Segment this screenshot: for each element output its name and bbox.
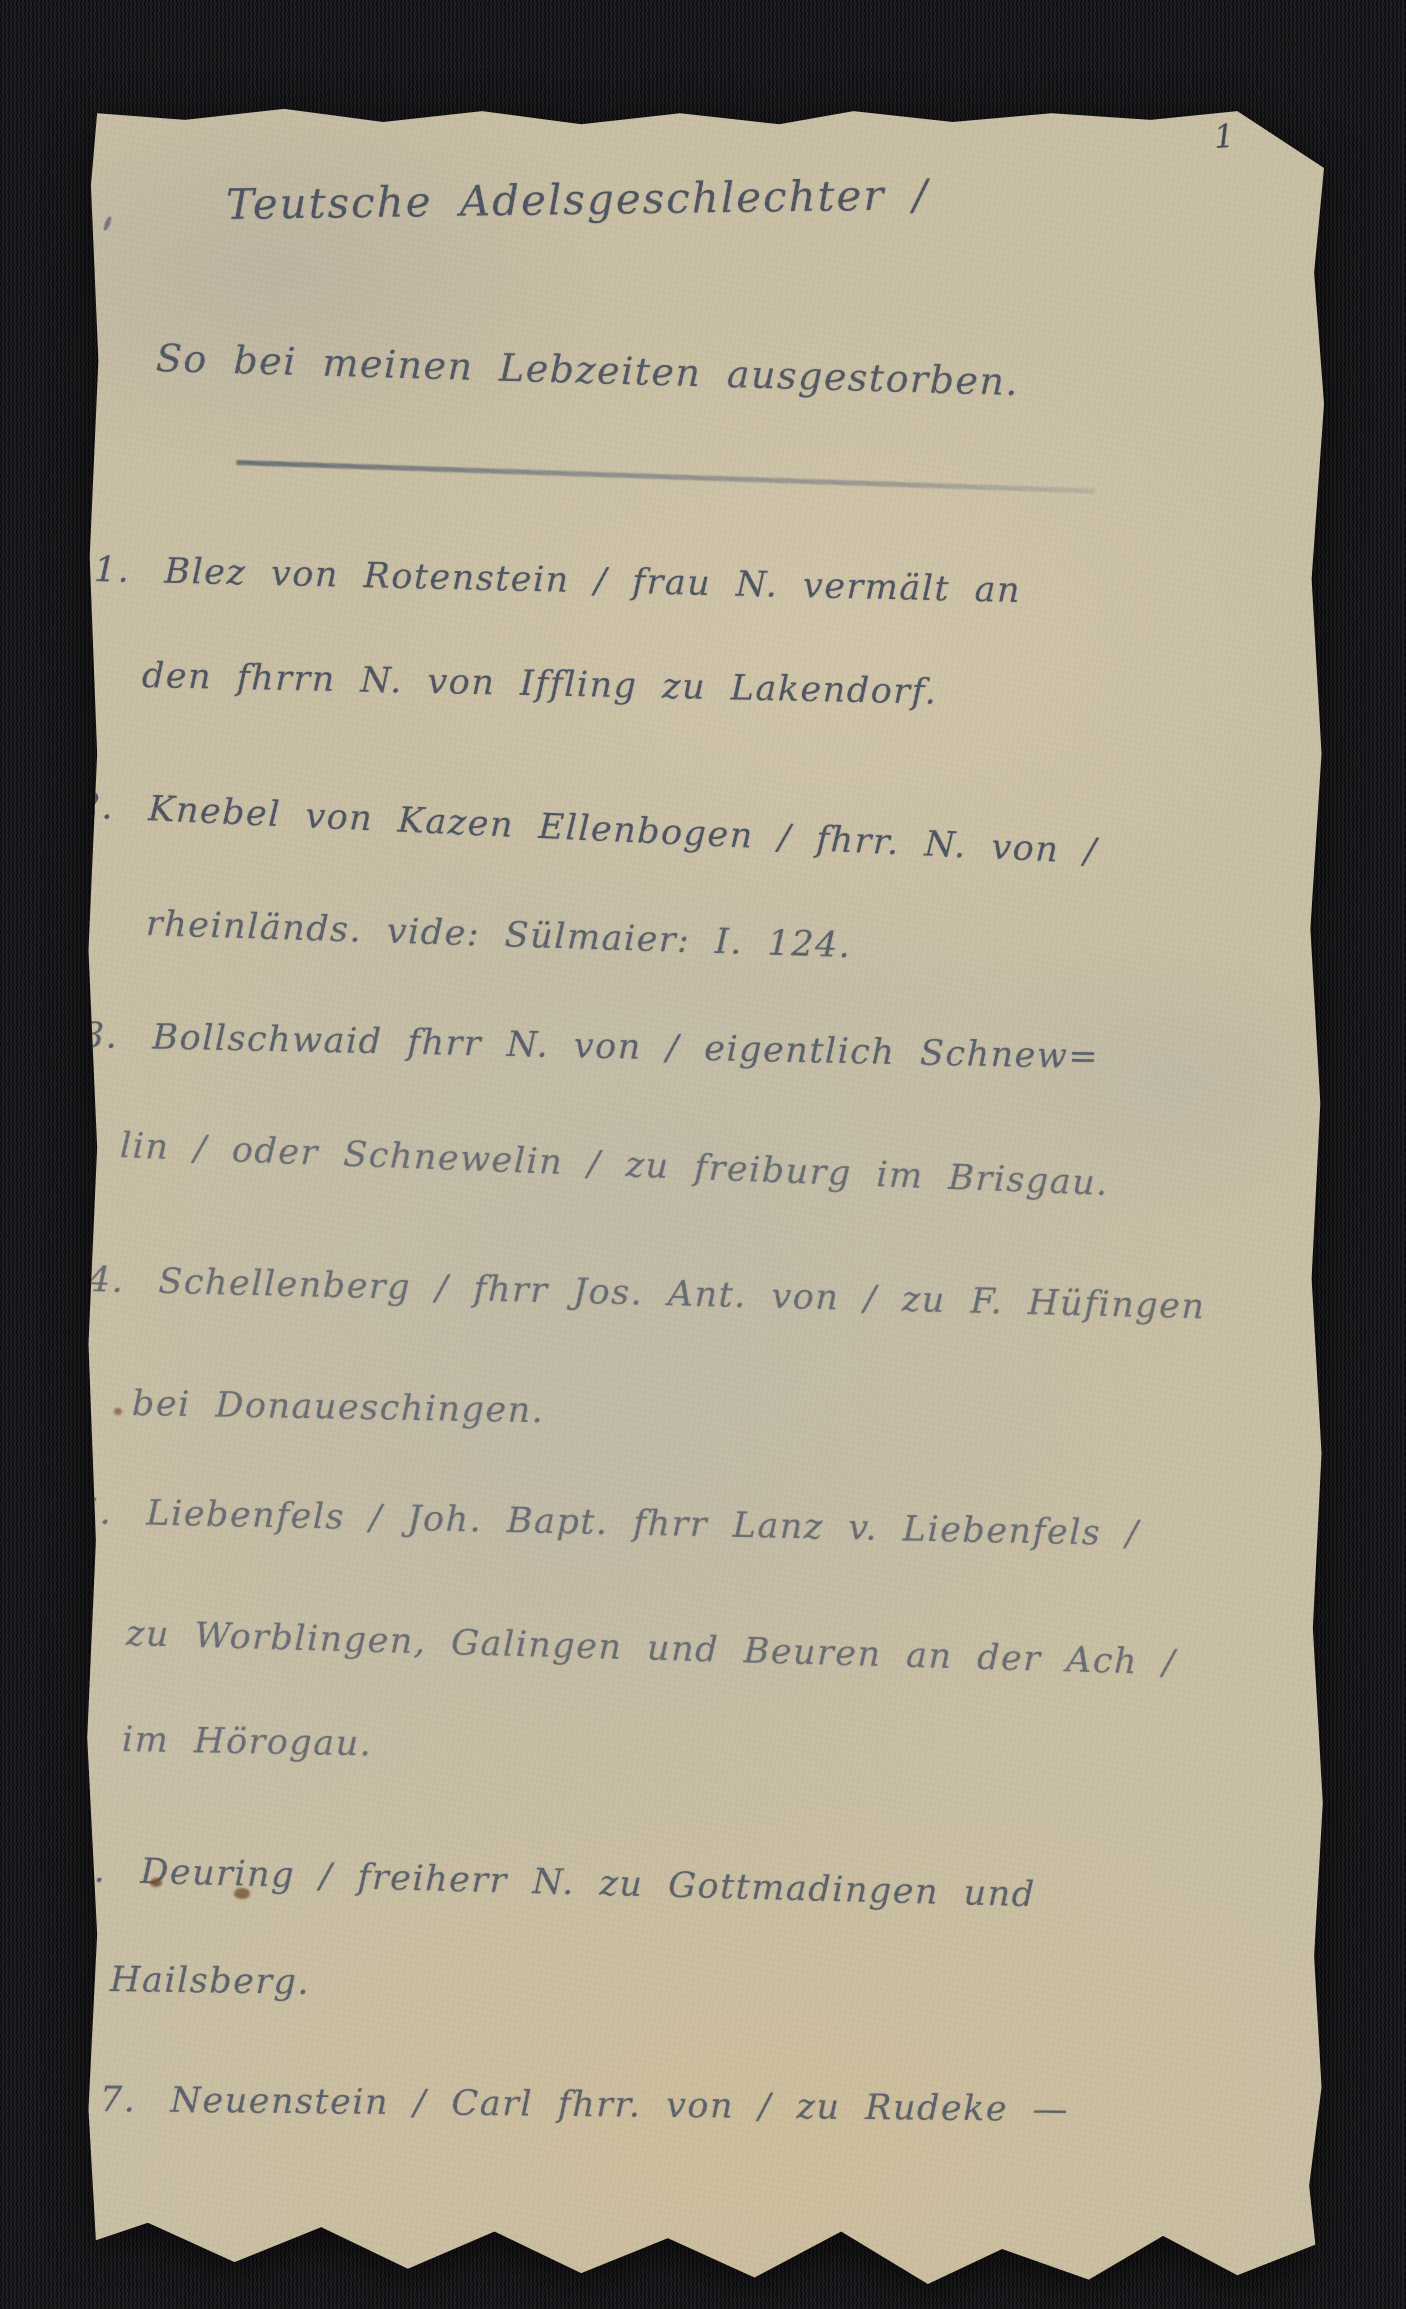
stain-mark: [114, 1408, 122, 1415]
entry-5-line-3: im Hörogau.: [122, 1720, 373, 1764]
entry-3-line-1: 3.Bollschwaid fhrr N. von / eigentlich S…: [82, 1016, 1100, 1077]
stain-mark: [234, 1888, 250, 1899]
entry-6-line-2: Hailsberg.: [110, 1960, 311, 2003]
paper-shadow: 1 Teutsche Adelsgeschlechter / So bei me…: [86, 98, 1324, 2284]
entry-2-number: 2.: [77, 786, 115, 828]
manuscript-subtitle: So bei meinen Lebzeiten ausgestorben.: [155, 336, 1019, 404]
handdrawn-divider: [236, 460, 1096, 494]
entry-1-line-2: den fhrrn N. von Iffling zu Lakendorf.: [142, 656, 938, 713]
entry-6-line-1: 6.Deuring / freiherr N. zu Gottmadingen …: [69, 1850, 1036, 1915]
manuscript-title: Teutsche Adelsgeschlechter /: [226, 170, 930, 229]
entry-6-text-1: Deuring / freiherr N. zu Gottmadingen un…: [140, 1852, 1036, 1915]
stain-mark: [150, 1878, 162, 1887]
entry-7-text-1: Neuenstein / Carl fhrr. von / zu Rudeke …: [170, 2081, 1069, 2130]
entry-2-line-2: rheinländs. vide: Sülmaier: I. 124.: [145, 904, 852, 966]
entry-1-line-1: 1.Blez von Rotenstein / frau N. vermält …: [94, 550, 1022, 611]
entry-4-number: 4.: [88, 1260, 125, 1301]
fabric-background: 1 Teutsche Adelsgeschlechter / So bei me…: [0, 0, 1406, 2309]
entry-5-line-2: zu Worblingen, Galingen und Beuren an de…: [125, 1614, 1176, 1683]
entry-6-number: 6.: [69, 1850, 106, 1891]
entry-5-text-1: Liebenfels / Joh. Bapt. fhrr Lanz v. Lie…: [146, 1493, 1140, 1554]
entry-1-number: 1.: [94, 550, 131, 591]
stray-mark: [102, 216, 112, 232]
entry-3-number: 3.: [82, 1016, 119, 1057]
entry-7-number: 7.: [100, 2080, 137, 2120]
entry-4-text-1: Schellenberg / fhrr Jos. Ant. von / zu F…: [158, 1262, 1206, 1328]
entry-2-text-1: Knebel von Kazen Ellenbogen / fhrr. N. v…: [147, 789, 1098, 872]
entry-4-line-1: 4.Schellenberg / fhrr Jos. Ant. von / zu…: [88, 1260, 1206, 1327]
entry-5-line-1: 5.Liebenfels / Joh. Bapt. fhrr Lanz v. L…: [76, 1492, 1140, 1554]
entry-7-line-1: 7.Neuenstein / Carl fhrr. von / zu Rudek…: [100, 2080, 1070, 2130]
entry-1-text-1: Blez von Rotenstein / frau N. vermält an: [164, 552, 1022, 611]
entry-4-line-2: bei Donaueschingen.: [132, 1384, 545, 1431]
entry-3-line-2: lin / oder Schnewelin / zu freiburg im B…: [119, 1126, 1109, 1204]
entry-5-number: 5.: [76, 1492, 113, 1533]
manuscript-paper: 1 Teutsche Adelsgeschlechter / So bei me…: [86, 98, 1324, 2284]
entry-3-text-1: Bollschwaid fhrr N. von / eigentlich Sch…: [152, 1017, 1100, 1077]
entry-2-line-1: 2.Knebel von Kazen Ellenbogen / fhrr. N.…: [77, 786, 1098, 872]
page-number: 1: [1213, 117, 1236, 156]
